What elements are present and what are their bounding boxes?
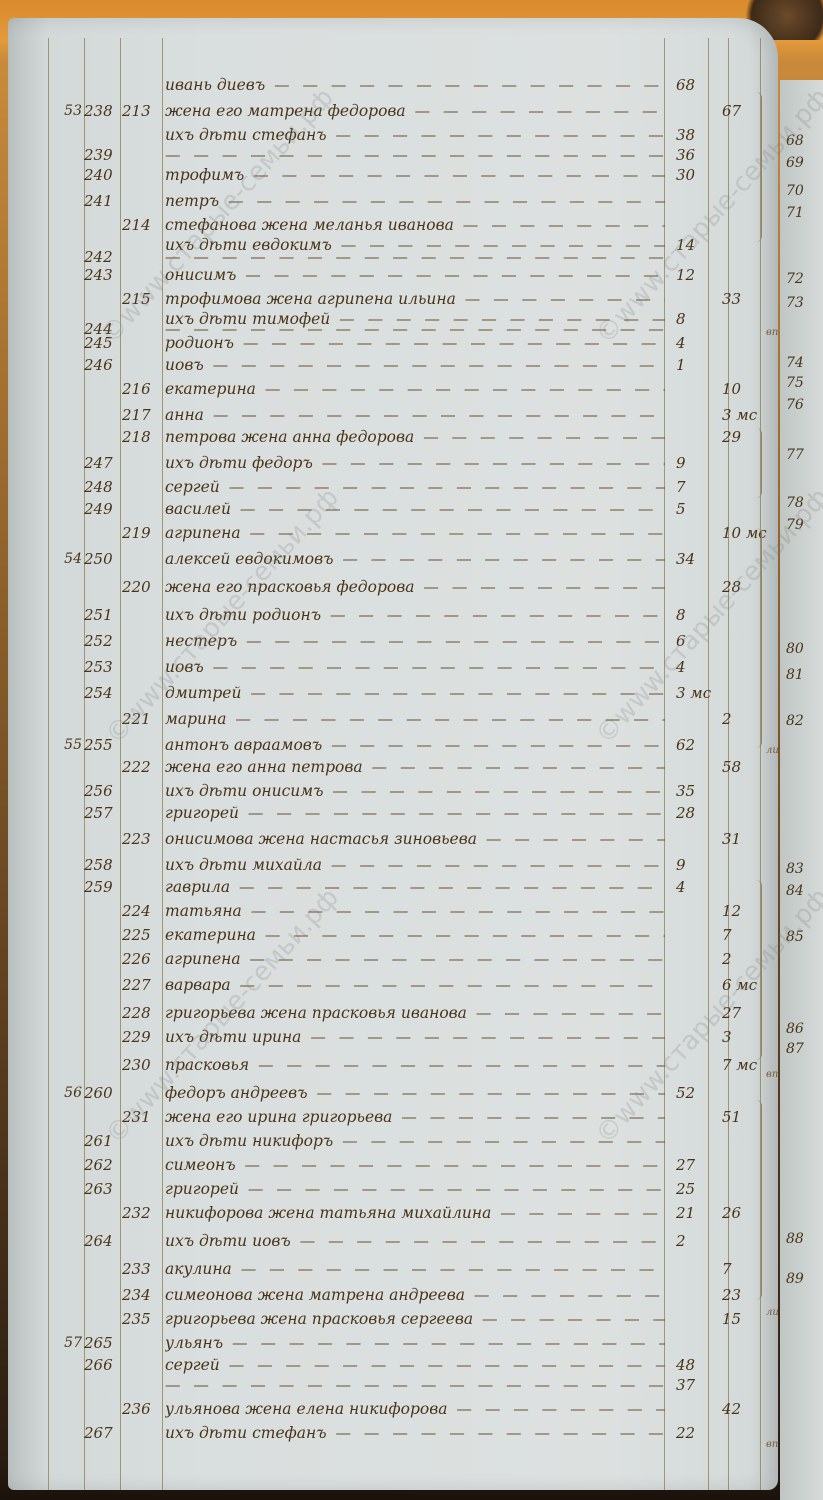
female-age: 31 xyxy=(722,826,758,852)
name-entry: ихъ дѣти никифоръ xyxy=(165,1128,665,1154)
male-age: 28 xyxy=(676,800,712,826)
male-age: 62 xyxy=(676,732,712,758)
female-age: 23 xyxy=(722,1282,758,1308)
name-entry: ульянова жена елена никифорова xyxy=(165,1396,665,1422)
female-number: 213 xyxy=(122,98,162,124)
female-number: 214 xyxy=(122,212,162,238)
male-number: 243 xyxy=(84,262,124,288)
name-entry: симеонъ xyxy=(165,1152,665,1178)
female-age: 7 xyxy=(722,1256,758,1282)
male-number: 266 xyxy=(84,1352,124,1378)
female-number: 236 xyxy=(122,1396,162,1422)
next-page-number: 80 xyxy=(786,636,820,662)
column-rule xyxy=(48,38,49,1490)
name-entry: ивань диевъ xyxy=(165,72,665,98)
male-number: 247 xyxy=(84,450,124,476)
name-entry: дмитрей xyxy=(165,680,665,706)
next-page-number: 82 xyxy=(786,708,820,734)
household-number: 56 xyxy=(48,1080,82,1106)
female-age: 33 xyxy=(722,286,758,312)
male-number: 260 xyxy=(84,1080,124,1106)
male-age: 3 мс xyxy=(676,680,712,706)
male-age: 25 xyxy=(676,1176,712,1202)
male-number: 257 xyxy=(84,800,124,826)
female-age: 67 xyxy=(722,98,758,124)
male-number: 252 xyxy=(84,628,124,654)
female-age: 58 xyxy=(722,754,758,780)
male-age: 2 xyxy=(676,1228,712,1254)
household-number: 54 xyxy=(48,546,82,572)
female-number: 226 xyxy=(122,946,162,972)
male-age: 30 xyxy=(676,162,712,188)
female-number: 219 xyxy=(122,520,162,546)
male-number: 259 xyxy=(84,874,124,900)
male-age: 34 xyxy=(676,546,712,572)
female-number: 222 xyxy=(122,754,162,780)
male-age: 22 xyxy=(676,1420,712,1446)
name-entry: ихъ дѣти стефанъ xyxy=(165,1420,665,1446)
female-number: 233 xyxy=(122,1256,162,1282)
name-entry: татьяна xyxy=(165,898,665,924)
male-age: 27 xyxy=(676,1152,712,1178)
male-number: 254 xyxy=(84,680,124,706)
female-age: 42 xyxy=(722,1396,758,1422)
male-number: 238 xyxy=(84,98,124,124)
margin-note: ли xyxy=(766,1300,784,1326)
name-entry: федоръ андреевъ xyxy=(165,1080,665,1106)
margin-note: ли xyxy=(766,738,784,764)
next-page-number: 72 xyxy=(786,266,820,292)
next-page-number: 81 xyxy=(786,662,820,688)
next-page-number: 88 xyxy=(786,1226,820,1252)
female-age: 3 xyxy=(722,1024,758,1050)
next-page-number: 73 xyxy=(786,290,820,316)
name-entry: никифорова жена татьяна михайлина xyxy=(165,1200,665,1226)
name-entry: агрипена xyxy=(165,520,665,546)
male-number: 241 xyxy=(84,188,124,214)
bracket-mark xyxy=(755,428,762,498)
name-entry: жена его матрена федорова xyxy=(165,98,665,124)
female-age: 12 xyxy=(722,898,758,924)
name-entry: петрова жена анна федорова xyxy=(165,424,665,450)
next-page-number: 71 xyxy=(786,200,820,226)
name-entry: григорей xyxy=(165,1176,665,1202)
male-number: 240 xyxy=(84,162,124,188)
female-age: 51 xyxy=(722,1104,758,1130)
margin-note: вп xyxy=(766,1062,784,1088)
name-entry: ихъ дѣти ирина xyxy=(165,1024,665,1050)
name-entry: онисимова жена настасья зиновьева xyxy=(165,826,665,852)
margin-note: вп xyxy=(766,1432,784,1458)
male-age: 8 xyxy=(676,306,712,332)
name-entry: василей xyxy=(165,496,665,522)
male-age: 68 xyxy=(676,72,712,98)
male-number: 250 xyxy=(84,546,124,572)
male-number: 264 xyxy=(84,1228,124,1254)
name-entry: гаврила xyxy=(165,874,665,900)
male-number: 246 xyxy=(84,352,124,378)
next-page-number: 69 xyxy=(786,150,820,176)
next-page-number: 77 xyxy=(786,442,820,468)
female-age: 29 xyxy=(722,424,758,450)
male-number: 251 xyxy=(84,602,124,628)
male-age: 1 xyxy=(676,352,712,378)
male-number: 253 xyxy=(84,654,124,680)
name-entry: екатерина xyxy=(165,376,665,402)
name-entry: агрипена xyxy=(165,946,665,972)
name-entry: онисимъ xyxy=(165,262,665,288)
name-entry xyxy=(165,1372,665,1398)
household-number: 53 xyxy=(48,98,82,124)
name-entry: екатерина xyxy=(165,922,665,948)
female-age: 26 xyxy=(722,1200,758,1226)
female-age: 7 xyxy=(722,922,758,948)
male-number: 262 xyxy=(84,1152,124,1178)
name-entry: прасковья xyxy=(165,1052,665,1078)
male-number: 249 xyxy=(84,496,124,522)
female-age: 10 мс xyxy=(722,520,758,546)
bracket-mark xyxy=(755,880,762,1060)
female-number: 228 xyxy=(122,1000,162,1026)
next-page-number: 87 xyxy=(786,1036,820,1062)
female-number: 229 xyxy=(122,1024,162,1050)
female-number: 234 xyxy=(122,1282,162,1308)
next-page-number: 89 xyxy=(786,1266,820,1292)
name-entry: алексей евдокимовъ xyxy=(165,546,665,572)
female-age: 10 xyxy=(722,376,758,402)
household-number: 55 xyxy=(48,732,82,758)
female-number: 218 xyxy=(122,424,162,450)
female-age: 2 xyxy=(722,706,758,732)
name-entry: нестеръ xyxy=(165,628,665,654)
name-entry: ихъ дѣти иовъ xyxy=(165,1228,665,1254)
name-entry: иовъ xyxy=(165,352,665,378)
female-number: 225 xyxy=(122,922,162,948)
name-entry: жена его ирина григорьева xyxy=(165,1104,665,1130)
name-entry: жена его анна петрова xyxy=(165,754,665,780)
next-page-number: 76 xyxy=(786,392,820,418)
name-entry: ихъ дѣти федоръ xyxy=(165,450,665,476)
male-age: 9 xyxy=(676,450,712,476)
female-age: 7 мс xyxy=(722,1052,758,1078)
margin-note: вп xyxy=(766,320,784,346)
female-age: 15 xyxy=(722,1306,758,1332)
name-entry: акулина xyxy=(165,1256,665,1282)
male-age: 5 xyxy=(676,496,712,522)
female-number: 223 xyxy=(122,826,162,852)
female-number: 224 xyxy=(122,898,162,924)
name-entry: григорей xyxy=(165,800,665,826)
bracket-mark xyxy=(755,1100,762,1300)
female-number: 220 xyxy=(122,574,162,600)
male-age: 37 xyxy=(676,1372,712,1398)
male-age: 21 xyxy=(676,1200,712,1226)
female-number: 216 xyxy=(122,376,162,402)
female-number: 232 xyxy=(122,1200,162,1226)
name-entry: иовъ xyxy=(165,654,665,680)
bracket-mark xyxy=(755,92,762,242)
male-number: 263 xyxy=(84,1176,124,1202)
name-entry: симеонова жена матрена андреева xyxy=(165,1282,665,1308)
name-entry: григорьева жена прасковья сергеева xyxy=(165,1306,665,1332)
male-number: 267 xyxy=(84,1420,124,1446)
bracket-mark xyxy=(755,528,762,748)
female-number: 227 xyxy=(122,972,162,998)
female-number: 235 xyxy=(122,1306,162,1332)
household-number: 57 xyxy=(48,1330,82,1356)
male-age: 52 xyxy=(676,1080,712,1106)
male-age: 4 xyxy=(676,874,712,900)
